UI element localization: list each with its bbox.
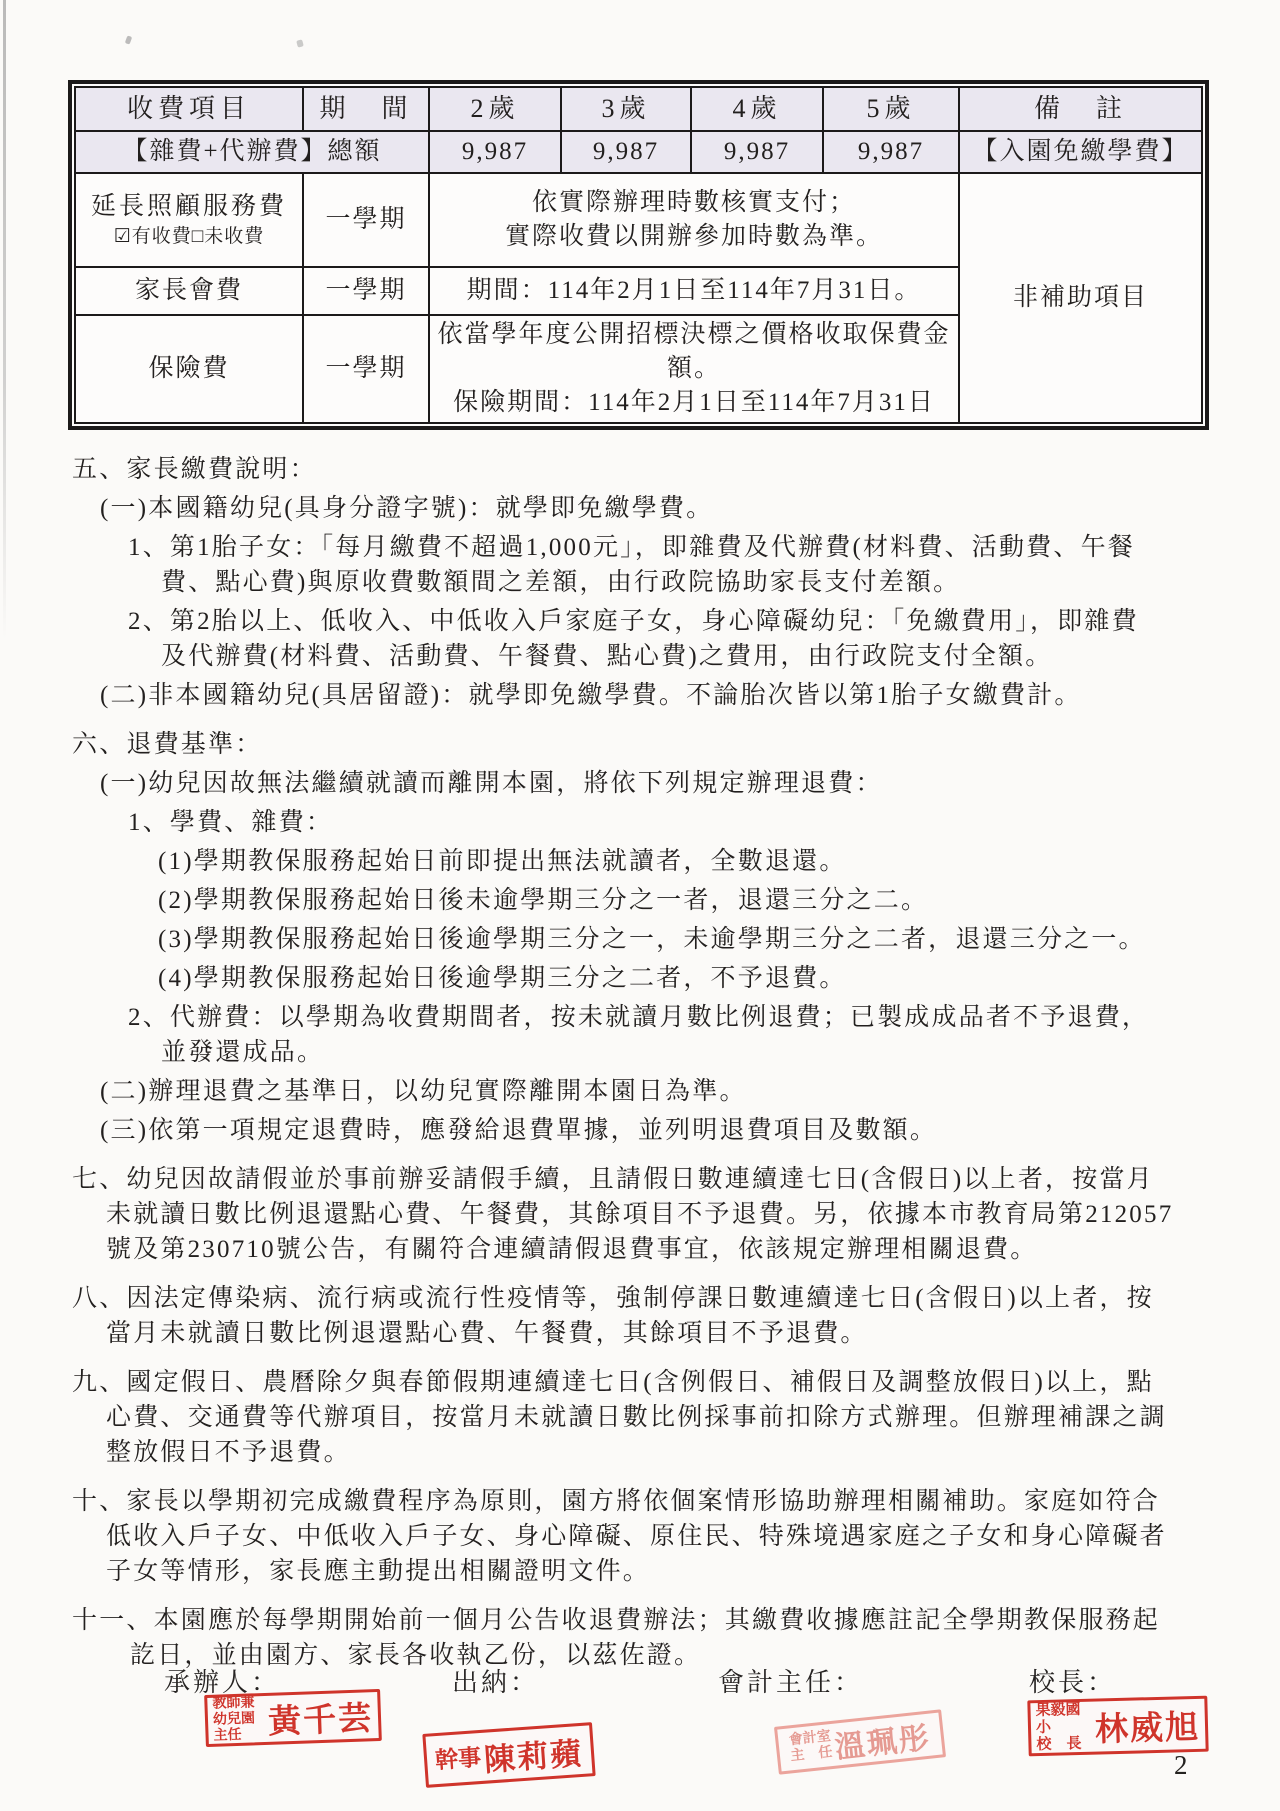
- paragraph: (3)學期教保服務起始日後逾學期三分之一，未逾學期三分之二者，退還三分之一。: [0, 922, 1245, 957]
- total-age5: 9,987: [823, 131, 959, 173]
- total-label: 【雜費+代辦費】總額: [75, 131, 429, 173]
- header-age4: 4歲: [691, 87, 823, 131]
- header-remark: 備 註: [959, 87, 1202, 131]
- section-6-heading: 六、退費基準：: [0, 727, 1245, 762]
- stamp-name-text: 溫珮彤: [832, 1713, 932, 1767]
- stamp-name-text: 林威旭: [1094, 1700, 1200, 1750]
- document-body: 五、家長繳費說明： (一)本國籍幼兒(具身分證字號)：就學即免繳學費。 1、第1…: [0, 452, 1245, 1673]
- paragraph: (一)幼兒因故無法繼續就讀而離開本園，將依下列規定辦理退費：: [0, 766, 1245, 801]
- fee-item-parents-association: 家長會費: [75, 267, 303, 315]
- fee-table-header-row: 收費項目 期 間 2歲 3歲 4歲 5歲 備 註: [75, 87, 1202, 131]
- paragraph: 1、第1胎子女：「每月繳費不超過1,000元」，即雜費及代辦費(材料費、活動費、…: [0, 530, 1245, 600]
- total-remark: 【入園免繳學費】: [959, 131, 1202, 173]
- document-page: 收費項目 期 間 2歲 3歲 4歲 5歲 備 註 【雜費+代辦費】總額 9,98…: [0, 0, 1280, 1811]
- header-age3: 3歲: [561, 87, 691, 131]
- header-item: 收費項目: [75, 87, 303, 131]
- remark-non-subsidized: 非補助項目: [959, 173, 1202, 423]
- cashier-stamp: 幹事 陳莉蘋: [422, 1722, 595, 1788]
- total-age2: 9,987: [429, 131, 561, 173]
- stamp-name-text: 黃千芸: [267, 1692, 374, 1743]
- header-period: 期 間: [303, 87, 429, 131]
- stamp-role-text: 教師兼 幼兒園主任: [212, 1695, 266, 1745]
- section-5-heading: 五、家長繳費說明：: [0, 452, 1245, 487]
- paragraph: 1、學費、雜費：: [0, 805, 1245, 840]
- stamp-name-text: 陳莉蘋: [482, 1727, 584, 1779]
- paragraph: (二)非本國籍幼兒(具居留證)：就學即免繳學費。不論胎次皆以第1胎子女繳費計。: [0, 678, 1245, 713]
- stamp-role-text: 幹事: [434, 1745, 481, 1771]
- scan-speck: [125, 35, 132, 44]
- handler-stamp: 教師兼 幼兒園主任 黃千芸: [204, 1689, 382, 1747]
- scan-edge-artifact: [3, 0, 6, 640]
- section-10: 十、家長以學期初完成繳費程序為原則，園方將依個案情形協助辦理相關補助。家庭如符合…: [0, 1484, 1245, 1589]
- stamp-role-text: 果毅國小 校 長: [1035, 1701, 1092, 1753]
- section-7: 七、幼兒因故請假並於事前辦妥請假手續，且請假日數連續達七日(含假日)以上者，按當…: [0, 1162, 1245, 1267]
- paragraph: (二)辦理退費之基準日，以幼兒實際離開本園日為準。: [0, 1074, 1245, 1109]
- accounting-director-stamp: 會計室 主 任 溫珮彤: [774, 1709, 946, 1774]
- total-age4: 9,987: [691, 131, 823, 173]
- fee-period: 一學期: [303, 173, 429, 267]
- section-9: 九、國定假日、農曆除夕與春節假期連續達七日(含例假日、補假日及調整放假日)以上，…: [0, 1365, 1245, 1470]
- fee-description: 期間：114年2月1日至114年7月31日。: [429, 267, 959, 315]
- paragraph: 2、第2胎以上、低收入、中低收入戶家庭子女，身心障礙幼兒：「免繳費用」，即雜費 …: [0, 604, 1245, 674]
- label-principal: 校長：: [1029, 1662, 1116, 1699]
- table-row: 延長照顧服務費 ☑有收費□未收費 一學期 依實際辦理時數核實支付； 實際收費以開…: [75, 173, 1202, 267]
- fee-item-insurance: 保險費: [75, 315, 303, 423]
- paragraph: (2)學期教保服務起始日後未逾學期三分之一者，退還三分之二。: [0, 883, 1245, 918]
- total-age3: 9,987: [561, 131, 691, 173]
- fee-period: 一學期: [303, 267, 429, 315]
- section-8: 八、因法定傳染病、流行病或流行性疫情等，強制停課日數連續達七日(含假日)以上者，…: [0, 1281, 1245, 1351]
- paragraph: (三)依第一項規定退費時，應發給退費單據，並列明退費項目及數額。: [0, 1113, 1245, 1148]
- fee-table: 收費項目 期 間 2歲 3歲 4歲 5歲 備 註 【雜費+代辦費】總額 9,98…: [68, 80, 1209, 430]
- fee-item-extended-care: 延長照顧服務費 ☑有收費□未收費: [75, 173, 303, 267]
- label-accounting-director: 會計主任：: [718, 1662, 863, 1699]
- fee-period: 一學期: [303, 315, 429, 423]
- header-age5: 5歲: [823, 87, 959, 131]
- paragraph: (1)學期教保服務起始日前即提出無法就讀者，全數退還。: [0, 844, 1245, 879]
- paragraph: 2、代辦費：以學期為收費期間者，按未就讀月數比例退費；已製成成品者不予退費， 並…: [0, 1000, 1245, 1070]
- fee-description: 依當學年度公開招標決標之價格收取保費金額。 保險期間：114年2月1日至114年…: [429, 315, 959, 423]
- fee-item-label: 延長照顧服務費: [80, 190, 298, 224]
- header-age2: 2歲: [429, 87, 561, 131]
- label-cashier: 出納：: [452, 1662, 539, 1699]
- stamp-role-text: 會計室 主 任: [788, 1729, 833, 1765]
- paragraph: (一)本國籍幼兒(具身分證字號)：就學即免繳學費。: [0, 491, 1245, 526]
- scan-speck: [296, 39, 304, 47]
- paragraph: (4)學期教保服務起始日後逾學期三分之二者，不予退費。: [0, 961, 1245, 996]
- fee-item-checkboxes: ☑有收費□未收費: [80, 224, 298, 250]
- total-row: 【雜費+代辦費】總額 9,987 9,987 9,987 9,987 【入園免繳…: [75, 131, 1202, 173]
- principal-stamp: 果毅國小 校 長 林威旭: [1027, 1696, 1208, 1757]
- fee-description: 依實際辦理時數核實支付； 實際收費以開辦參加時數為準。: [429, 173, 959, 267]
- page-number: 2: [1174, 1750, 1188, 1781]
